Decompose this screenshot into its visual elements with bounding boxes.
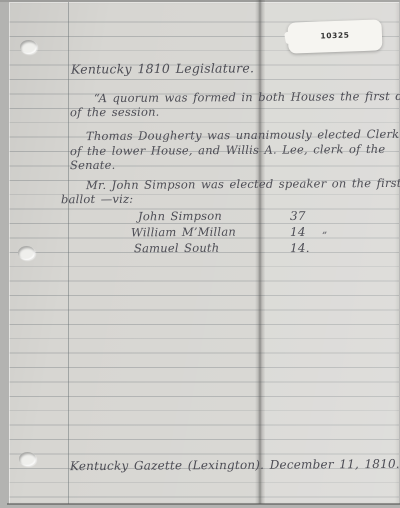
ballot-candidate-name: William M’Millan: [131, 225, 236, 240]
body-line: “A quorum was formed in both Houses the …: [94, 89, 400, 105]
hole-punch-middle: [18, 246, 35, 260]
margin-line: [68, 2, 69, 504]
ballot-candidate-name: Samuel South: [134, 241, 219, 256]
body-line: of the session.: [70, 105, 160, 120]
ballot-vote-count: 14: [290, 225, 306, 239]
hole-punch-bottom: [19, 452, 36, 466]
archive-label-sticker: 10325: [287, 19, 382, 53]
fold-crease: [255, 0, 265, 504]
scanned-document: 10325 Kentucky 1810 Legislature. “A quor…: [0, 0, 400, 508]
citation-line: Kentucky Gazette (Lexington). December 1…: [70, 457, 400, 473]
ditto-mark: ”: [322, 231, 327, 242]
ballot-vote-count: 14.: [290, 241, 310, 255]
paper-bottom-edge: [7, 503, 400, 505]
hole-punch-top: [20, 40, 37, 54]
body-line: Thomas Dougherty was unanimously elected…: [86, 127, 399, 143]
label-number: 10325: [320, 30, 349, 43]
body-line: Mr. John Simpson was elected speaker on …: [86, 176, 400, 192]
right-sheet-shade: [265, 0, 400, 504]
ballot-candidate-name: John Simpson: [138, 209, 222, 224]
body-line: of the lower House, and Willis A. Lee, c…: [70, 142, 385, 158]
body-line: Senate.: [70, 158, 116, 172]
body-line: ballot —viz:: [61, 192, 133, 207]
title-line: Kentucky 1810 Legislature.: [71, 60, 254, 76]
ballot-vote-count: 37: [290, 209, 306, 223]
